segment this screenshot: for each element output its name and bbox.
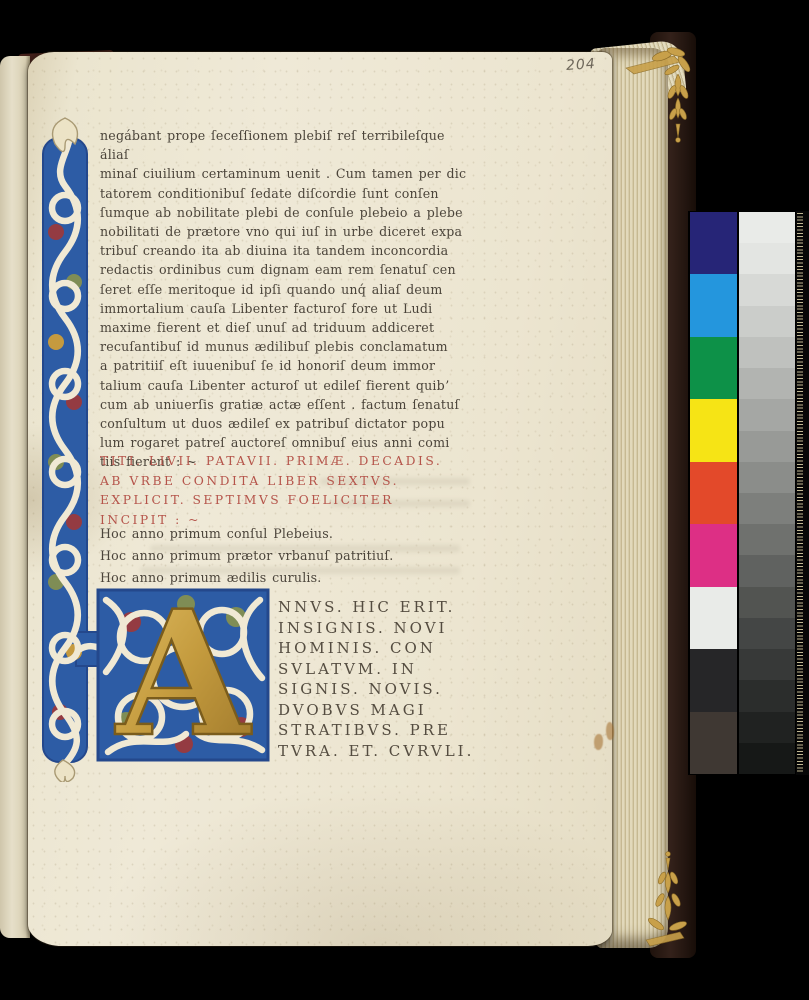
text-line: nobilitati de prætore vno qui iuſ in urb… [100, 222, 472, 241]
grayscale-step [739, 368, 795, 399]
stain [594, 734, 603, 750]
grayscale-step [739, 243, 795, 274]
grayscale-step [739, 493, 795, 524]
color-patch [690, 587, 737, 649]
chapter-list: Hoc anno primum conſul Plebeius. Hoc ann… [100, 523, 480, 589]
grayscale-step [739, 431, 795, 462]
color-patch [690, 337, 737, 399]
rubric-line: EXPLICIT. SEPTIMVS FOELICITER [100, 491, 480, 511]
color-patch [690, 649, 737, 711]
ruler-ticks [797, 213, 803, 773]
color-patch [690, 462, 737, 524]
main-text-block: negábant prope ſeceſſionem plebiſ reſ te… [100, 126, 472, 472]
text-line: recuſantibuſ id munus ædilibuſ plebis co… [100, 337, 472, 356]
text-line: ſumque ab nobilitate plebi de conſule pl… [100, 203, 472, 222]
grayscale-step [739, 587, 795, 618]
rubric-line: AB VRBE CONDITA LIBER SEXTVS. [100, 472, 480, 492]
capital-line: STRATIBVS. PRE [278, 720, 488, 741]
grayscale-step [739, 649, 795, 680]
capital-line: SVLATVM. IN [278, 659, 488, 680]
text-line: a patritiiſ eſt iuuenibuſ ſe id honoriſ … [100, 356, 472, 375]
grayscale-step [739, 712, 795, 743]
stain [606, 722, 614, 740]
color-patch [690, 524, 737, 586]
text-line: minaſ ciuilium certaminum uenit . Cum ta… [100, 164, 472, 183]
grayscale-step [739, 399, 795, 430]
text-line: redactis ordinibus cum dignam eam rem ſe… [100, 260, 472, 279]
color-patch [690, 399, 737, 461]
facing-page-edge [0, 56, 30, 938]
capital-line: SIGNIS. NOVIS. [278, 679, 488, 700]
grayscale-step [739, 337, 795, 368]
rubric-block: TITI. LIVII. PATAVII. PRIMÆ. DECADIS. AB… [100, 452, 480, 530]
color-patch-column [690, 212, 737, 774]
color-patch [690, 712, 737, 774]
grayscale-step [739, 524, 795, 555]
page-number: 204 [565, 56, 596, 74]
capital-line: NNVS. HIC ERIT. [278, 597, 488, 618]
chapter-line: Hoc anno primum prætor vrbanuſ patritiuſ… [100, 545, 480, 567]
capital-text-block: NNVS. HIC ERIT. INSIGNIS. NOVI HOMINIS. … [278, 597, 488, 761]
rubric-line: TITI. LIVII. PATAVII. PRIMÆ. DECADIS. [100, 452, 480, 472]
text-line: negábant prope ſeceſſionem plebiſ reſ te… [100, 126, 472, 164]
color-patch [690, 274, 737, 336]
grayscale-step [739, 618, 795, 649]
capital-line: TVRA. ET. CVRVLI. [278, 741, 488, 762]
grayscale-step [739, 555, 795, 586]
grayscale-step [739, 743, 795, 774]
chapter-line: Hoc anno primum ædilis curulis. [100, 567, 480, 589]
text-line: tribuſ creando ita ab diuina ita tandem … [100, 241, 472, 260]
grayscale-step [739, 306, 795, 337]
gold-corner-ornament-bottom-icon [616, 848, 696, 952]
text-line: immortalium cauſa Libenter facturoſ fore… [100, 299, 472, 318]
grayscale-column [739, 212, 795, 774]
text-line: lum rogaret patreſ auctoreſ omnibuſ eius… [100, 433, 472, 452]
text-line: maxime fierent et dieſ unuſ ad triduum a… [100, 318, 472, 337]
grayscale-step [739, 680, 795, 711]
text-line: cum ab uniuerſis gratiæ actæ eſſent . fa… [100, 395, 472, 414]
capital-line: DVOBVS MAGI [278, 700, 488, 721]
text-line: talium cauſa Libenter acturoſ ut edileſ … [100, 376, 472, 395]
grayscale-step [739, 274, 795, 305]
color-calibration-chart [688, 211, 809, 775]
ruler-scale [796, 211, 809, 775]
initial-letter: A [114, 572, 252, 775]
capital-line: HOMINIS. CON [278, 638, 488, 659]
text-line: tatorem conditionibuſ ſedate diſcordie ſ… [100, 184, 472, 203]
text-line: conſultum ut duos ædileſ ex patribuſ dic… [100, 414, 472, 433]
capital-line: INSIGNIS. NOVI [278, 618, 488, 639]
chapter-line: Hoc anno primum conſul Plebeius. [100, 523, 480, 545]
color-patch [690, 212, 737, 274]
gold-corner-ornament-top-icon [616, 40, 700, 150]
text-line: ſeret eſſe meritoque id ipſi quando unq́… [100, 280, 472, 299]
illuminated-initial: A [98, 572, 268, 775]
grayscale-step [739, 462, 795, 493]
grayscale-step [739, 212, 795, 243]
manuscript-photo: 204 [0, 0, 809, 1000]
